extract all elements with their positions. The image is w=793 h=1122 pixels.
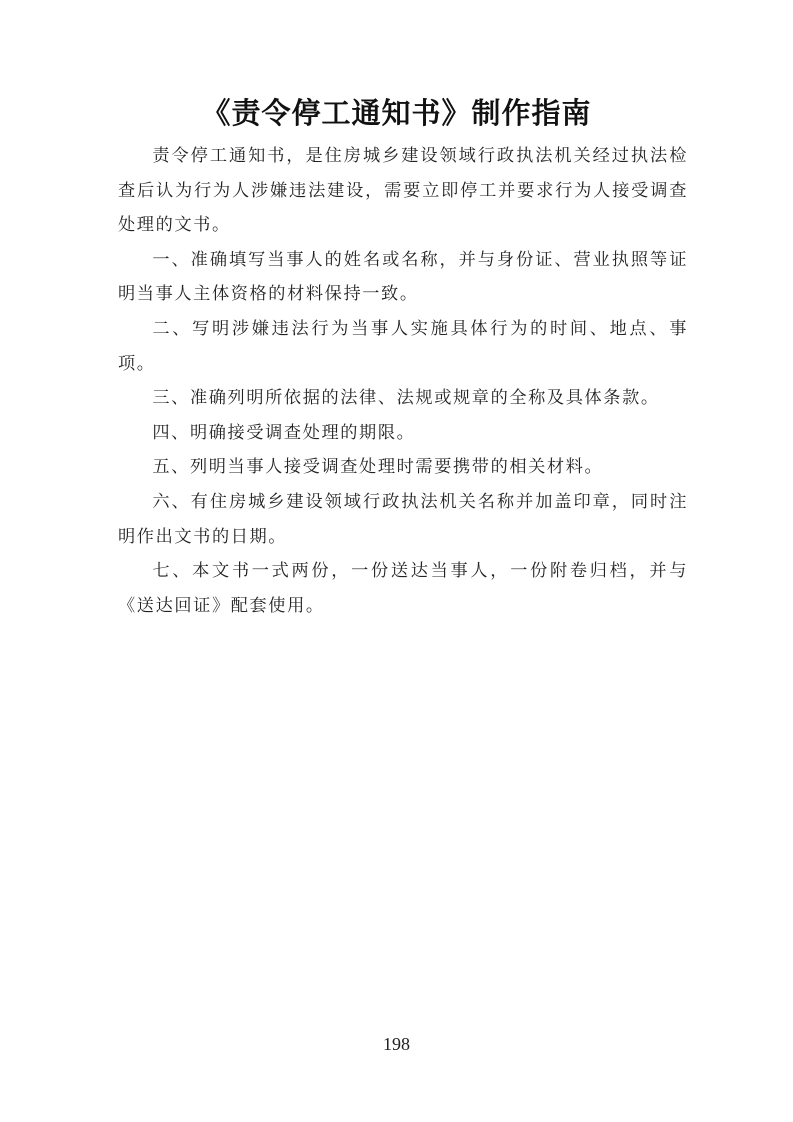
document-body: 责令停工通知书，是住房城乡建设领域行政执法机关经过执法检查后认为行为人涉嫌违法建… xyxy=(118,139,688,623)
document-page: 《责令停工通知书》制作指南 责令停工通知书，是住房城乡建设领域行政执法机关经过执… xyxy=(0,0,793,1122)
paragraph-item-5: 五、列明当事人接受调查处理时需要携带的相关材料。 xyxy=(118,450,688,485)
paragraph-item-7: 七、本文书一式两份，一份送达当事人，一份附卷归档，并与《送达回证》配套使用。 xyxy=(118,554,688,623)
document-title: 《责令停工通知书》制作指南 xyxy=(0,93,793,133)
paragraph-intro: 责令停工通知书，是住房城乡建设领域行政执法机关经过执法检查后认为行为人涉嫌违法建… xyxy=(118,139,688,243)
paragraph-item-2: 二、写明涉嫌违法行为当事人实施具体行为的时间、地点、事项。 xyxy=(118,312,688,381)
paragraph-item-1: 一、准确填写当事人的姓名或名称，并与身份证、营业执照等证明当事人主体资格的材料保… xyxy=(118,243,688,312)
page-number: 198 xyxy=(0,1034,793,1055)
paragraph-item-4: 四、明确接受调查处理的期限。 xyxy=(118,416,688,451)
paragraph-item-3: 三、准确列明所依据的法律、法规或规章的全称及具体条款。 xyxy=(118,381,688,416)
paragraph-item-6: 六、有住房城乡建设领域行政执法机关名称并加盖印章，同时注明作出文书的日期。 xyxy=(118,485,688,554)
